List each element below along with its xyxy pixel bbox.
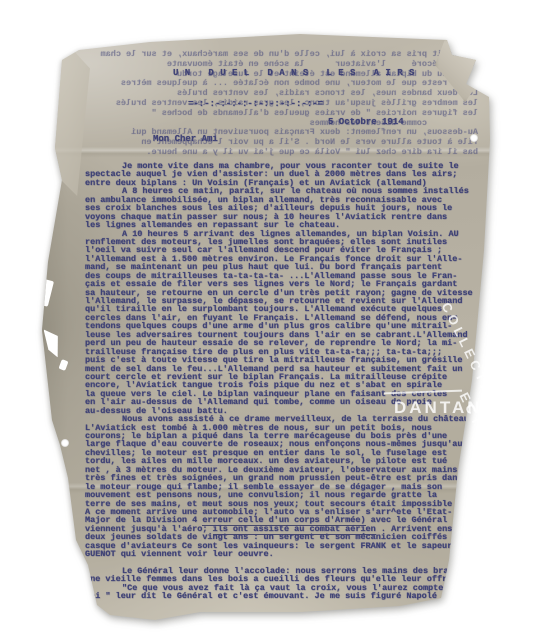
punch-hole-right (470, 134, 478, 142)
paper-fold-top-left (44, 46, 90, 196)
ghost-line: bas il ira dire chez lui " Voilà ce que … (48, 148, 478, 158)
letter-paragraph: Le Général leur donne l'accolade: nous s… (85, 567, 485, 601)
photo-of-letter: il aurait pris sa croix à lui, celle d'u… (0, 0, 533, 635)
letter-body: Je monte vite dans ma chambre, pour vous… (85, 162, 485, 601)
letter-paragraph: Je monte vite dans ma chambre, pour vous… (85, 162, 485, 187)
punch-hole-left (61, 439, 69, 447)
title-separator: =-:-:-:-:-:-:-:-:-:-:-:-= (188, 99, 323, 109)
paper-tear (43, 327, 61, 359)
letter-salutation: Mon Cher Ami (153, 134, 218, 144)
letter-paper: il aurait pris sa croix à lui, celle d'u… (30, 28, 496, 628)
letter-paragraph: Nous avons assisté à ce drame merveilleu… (85, 415, 485, 558)
letter-text-segment: moi " leur dit le Général et c'est émouv… (85, 591, 437, 601)
letter-title: U N D U E L D A N S L E S A I R S (173, 68, 415, 78)
paper-tear (39, 279, 54, 306)
letter-paragraph: A 8 heures ce matin, paraît, sur le chat… (85, 187, 485, 229)
letter-date: 5 Octobre 1914 (328, 117, 404, 127)
letter-text-segment: GUENOT qui viennent voir leur oeuvre. (85, 549, 274, 559)
letter-line: GUENOT qui viennent voir leur oeuvre. (85, 550, 485, 558)
letter-paragraph: A 10 heures 5 arrivant des lignes allema… (85, 230, 485, 416)
paper-tear (59, 359, 69, 371)
letter-line: moi " leur dit le Général et c'est émouv… (85, 592, 485, 600)
